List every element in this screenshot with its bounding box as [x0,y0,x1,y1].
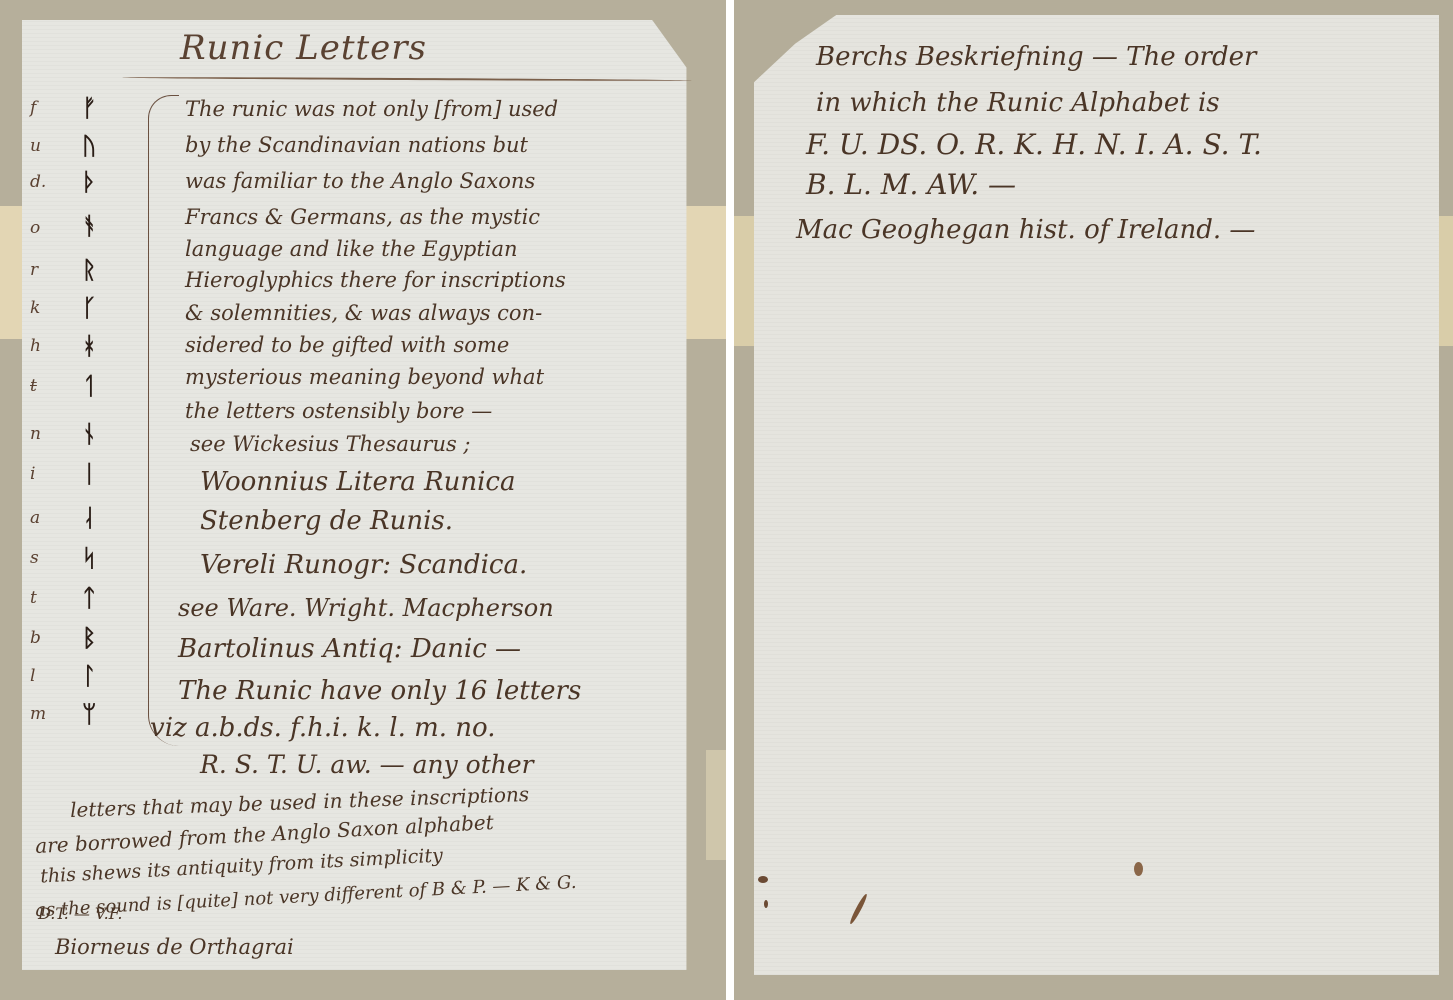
reference-line: Bartolinus Antiq: Danic — [178,634,521,664]
mounting-tape-edge [706,750,726,860]
latin-letter: s [30,548,39,568]
text-line: The Runic have only 16 letters [178,676,581,706]
latin-letter: n [30,424,41,444]
page-divider [726,0,734,1000]
reference-line: Vereli Runogr: Scandica. [200,550,527,580]
reference-line: see Wickesius Thesaurus ; [190,432,471,456]
latin-letter-struck: t [30,376,37,396]
rune-glyph: ᛋ [82,544,96,572]
margin-bracket [148,95,179,746]
reference-line: see Ware. Wright. Macpherson [178,594,554,622]
text-line: mysterious meaning beyond what [185,365,544,389]
text-line: Hieroglyphics there for inscriptions [185,268,566,292]
text-line: R. S. T. U. aw. — any other [200,750,534,779]
text-line: The runic was not only [from] used [185,97,558,121]
latin-letter: b [30,628,41,648]
left-page-panel: Runic Letters f ᚠ u ᚢ d. ᚦ o ᚬ r ᚱ k ᚴ h… [0,0,726,1000]
rune-glyph: ᚠ [82,94,96,122]
latin-letter: f [30,98,36,118]
rune-glyph: ᚱ [82,256,96,284]
rune-glyph: ᚼ [82,332,96,360]
rune-glyph: ᛘ [82,700,96,728]
latin-letter: t [30,588,37,608]
text-line: & solemnities, & was always con- [185,301,542,325]
rune-glyph: ᛆ [82,504,96,532]
latin-letter: i [30,464,35,484]
rune-glyph: ᛒ [82,624,96,652]
right-page-panel: Berchs Beskriefning — The order in which… [734,0,1453,1000]
rune-glyph: ᚦ [82,168,96,196]
rune-glyph: ᚾ [82,420,96,448]
latin-letter: k [30,298,40,318]
text-line: in which the Runic Alphabet is [816,88,1220,118]
latin-letter: m [30,704,46,724]
text-line: sidered to be gifted with some [185,333,509,357]
text-line: the letters ostensibly bore — [185,399,492,423]
rune-glyph: ᚬ [82,212,96,240]
rune-glyph: ᛁ [82,460,96,488]
latin-letter: l [30,666,35,686]
reference-line: Stenberg de Runis. [200,506,453,536]
text-line: was familiar to the Anglo Saxons [185,169,535,193]
text-line: by the Scandinavian nations but [185,133,528,157]
latin-letter: u [30,136,41,156]
text-line: D.T. — V.F. [38,904,122,923]
reference-line: Woonnius Litera Runica [200,467,515,497]
alphabet-order-line: F. U. DS. O. R. K. H. N. I. A. S. T. [806,128,1262,161]
rune-glyph: ᚢ [82,132,96,160]
ink-blot [758,876,768,883]
text-line: language and like the Egyptian [185,237,518,261]
page-title: Runic Letters [180,28,427,68]
text-line: Berchs Beskriefning — The order [816,42,1256,72]
reference-line: Mac Geoghegan hist. of Ireland. — [796,215,1255,245]
latin-letter: d. [30,172,46,192]
text-line: viz a.b.ds. f.h.i. k. l. m. no. [150,713,496,743]
text-line: Biorneus de Orthagrai [55,935,294,959]
rune-glyph: ᛚ [82,662,96,690]
alphabet-order-line: B. L. M. AW. — [806,168,1016,201]
ink-speck [764,900,768,908]
rune-glyph: ᛐ [82,372,96,400]
ink-blot [1134,862,1143,876]
latin-letter: a [30,508,40,528]
rune-glyph: ᛏ [82,584,96,612]
latin-letter: r [30,260,38,280]
latin-letter: o [30,218,40,238]
rune-glyph: ᚴ [82,294,96,322]
text-line: Francs & Germans, as the mystic [185,205,540,229]
latin-letter: h [30,336,41,356]
